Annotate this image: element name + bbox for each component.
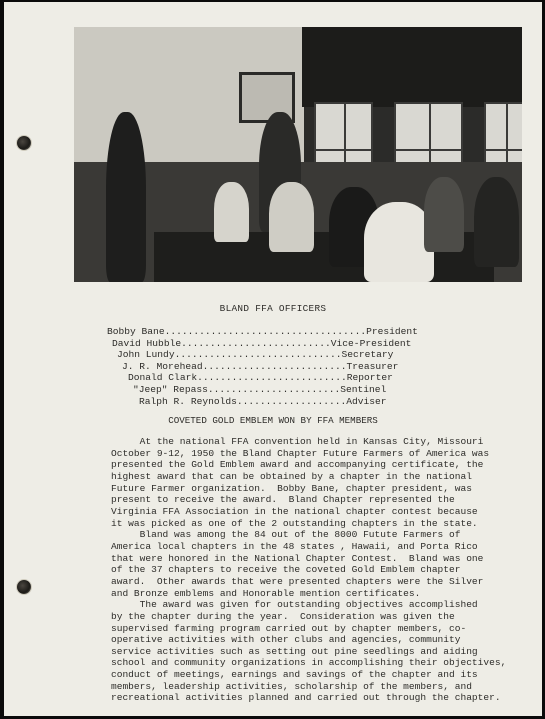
officer-role: Vice-President (331, 338, 412, 349)
officer-row: "Jeep" Repass.......................Sent… (133, 384, 545, 396)
article-line: that were honored in the National Chapte… (111, 553, 511, 565)
article-line: conduct of meetings, earnings and saving… (111, 669, 511, 681)
article-line: Virginia FFA Association in the national… (111, 506, 511, 518)
officer-name: David Hubble (112, 338, 181, 349)
officer-row: Bobby Bane..............................… (107, 326, 545, 338)
leader-dots: ............................. (175, 349, 342, 360)
article-body: At the national FFA convention held in K… (111, 436, 511, 704)
article-line: school and community organizations in ac… (111, 657, 511, 669)
article-line: highest award that can be obtained by a … (111, 471, 511, 483)
officer-row: J. R. Morehead.........................T… (122, 361, 545, 373)
article-line: of the 37 chapters to receive the covete… (111, 564, 511, 576)
article-line: members, leadership activities, scholars… (111, 681, 511, 693)
article-line: service activities such as setting out p… (111, 646, 511, 658)
officer-role: Secretary (342, 349, 394, 360)
officer-row: Donald Clark..........................Re… (128, 372, 545, 384)
officer-row: John Lundy.............................S… (117, 349, 545, 361)
binder-hole-top (17, 136, 31, 150)
article-line: by the chapter during the year. Consider… (111, 611, 511, 623)
article-line: Bland was among the 84 out of the 8000 F… (111, 529, 511, 541)
leader-dots: ......................... (203, 361, 347, 372)
article-line: award. Other awards that were presented … (111, 576, 511, 588)
officer-row: David Hubble..........................Vi… (112, 338, 545, 350)
officer-role: Adviser (346, 396, 386, 407)
officer-name: J. R. Morehead (122, 361, 203, 372)
article-line: supervised farming program carried out b… (111, 623, 511, 635)
officer-name: Donald Clark (128, 372, 197, 383)
leader-dots: ................................... (165, 326, 367, 337)
yearbook-page: BLAND FFA OFFICERS Bobby Bane...........… (4, 2, 542, 716)
article-line: it was picked as one of the 2 outstandin… (111, 518, 511, 530)
article-line: presented the Gold Emblem award and acco… (111, 459, 511, 471)
officers-heading: BLAND FFA OFFICERS (4, 303, 542, 314)
officer-role: Sentinel (340, 384, 386, 395)
article-line: recreational activities planned and carr… (111, 692, 511, 704)
article-line: The award was given for outstanding obje… (111, 599, 511, 611)
article-line: October 9-12, 1950 the Bland Chapter Fut… (111, 448, 511, 460)
article-line: operative activities with other clubs an… (111, 634, 511, 646)
binder-hole-bottom (17, 580, 31, 594)
officer-name: "Jeep" Repass (133, 384, 208, 395)
officer-name: John Lundy (117, 349, 175, 360)
officer-role: Reporter (347, 372, 393, 383)
article-line: At the national FFA convention held in K… (111, 436, 511, 448)
officer-row: Ralph R. Reynolds...................Advi… (139, 396, 545, 408)
officer-role: Treasurer (347, 361, 399, 372)
group-photo (74, 27, 522, 282)
article-heading: COVETED GOLD EMBLEM WON BY FFA MEMBERS (4, 415, 542, 426)
article-line: and Bronze emblems and Honorable mention… (111, 588, 511, 600)
leader-dots: ................... (237, 396, 346, 407)
article-line: America local chapters in the 48 states … (111, 541, 511, 553)
officer-name: Bobby Bane (107, 326, 165, 337)
officers-list: Bobby Bane..............................… (4, 326, 542, 407)
leader-dots: .......................... (197, 372, 347, 383)
article-line: present to receive the award. Bland Chap… (111, 494, 511, 506)
officer-name: Ralph R. Reynolds (139, 396, 237, 407)
article-line: Future Farmer organization. Bobby Bane, … (111, 483, 511, 495)
leader-dots: .......................... (181, 338, 331, 349)
officer-role: President (366, 326, 418, 337)
leader-dots: ....................... (208, 384, 340, 395)
